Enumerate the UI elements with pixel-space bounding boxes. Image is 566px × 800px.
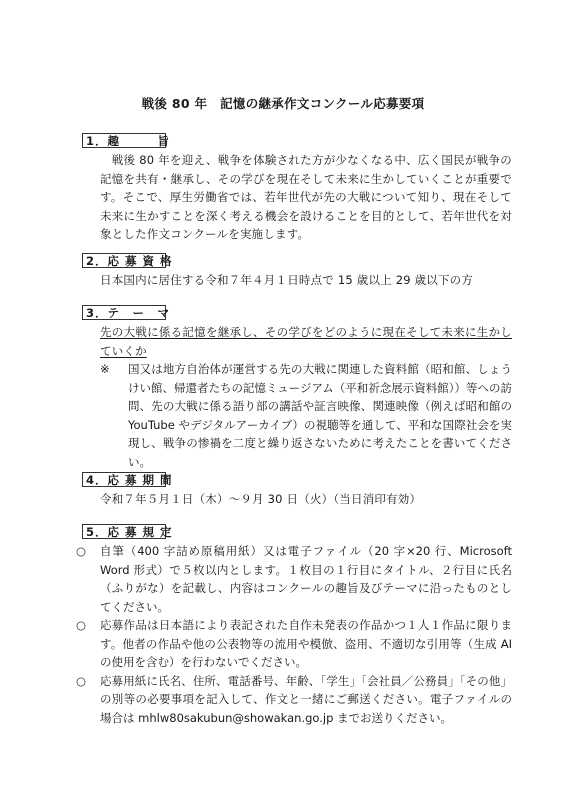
eligibility-body: 日本国内に居住する令和７年４月１日時点で 15 歳以上 29 歳以下の方 xyxy=(82,271,512,290)
theme-text: 先の大戦に係る記憶を継承し、その学びをどのように現在そして未来に生かしていくか xyxy=(82,323,512,360)
rules-item-text: 応募用紙に氏名、住所、電話番号、年齢、「学生」「会社員／公務員」「その他」の別等… xyxy=(100,672,512,728)
section-period: 4．応 募 期 間 令和７年５月１日（木）～９月 30 日（火）（当日消印有効） xyxy=(82,469,512,509)
purpose-body: 戦後 80 年を迎え、戦争を体験された方が少なくなる中、広く国民が戦争の記憶を共… xyxy=(82,151,512,244)
section-heading-purpose: 1．趣 旨 xyxy=(82,133,166,148)
section-eligibility: 2．応 募 資 格 日本国内に居住する令和７年４月１日時点で 15 歳以上 29… xyxy=(82,250,512,290)
note-text: 国又は地方自治体が運営する先の大戦に関連した資料館（昭和館、しょうけい館、帰還者… xyxy=(128,360,512,471)
rules-item: ○ 応募用紙に氏名、住所、電話番号、年齢、「学生」「会社員／公務員」「その他」の… xyxy=(72,672,512,728)
section-heading-theme: 3．テ ー マ xyxy=(82,305,166,320)
section-theme: 3．テ ー マ 先の大戦に係る記憶を継承し、その学びをどのように現在そして未来に… xyxy=(82,302,512,471)
circle-bullet-icon: ○ xyxy=(72,616,100,672)
document-page: 戦後 80 年 記憶の継承作文コンクール応募要項 1．趣 旨 戦後 80 年を迎… xyxy=(0,0,566,800)
section-heading-eligibility: 2．応 募 資 格 xyxy=(82,253,166,268)
rules-item-text: 応募作品は日本語により表記された自作未発表の作品かつ１人１作品に限ります。他者の… xyxy=(100,616,512,672)
theme-note: ※ 国又は地方自治体が運営する先の大戦に関連した資料館（昭和館、しょうけい館、帰… xyxy=(82,360,512,471)
section-rules: 5．応 募 規 定 ○ 自筆（400 字詰め原稿用紙）又は電子ファイル（20 字… xyxy=(82,521,512,727)
rules-item: ○ 応募作品は日本語により表記された自作未発表の作品かつ１人１作品に限ります。他… xyxy=(72,616,512,672)
section-heading-period: 4．応 募 期 間 xyxy=(82,472,166,487)
rules-item-text: 自筆（400 字詰め原稿用紙）又は電子ファイル（20 字×20 行、Micros… xyxy=(100,542,512,616)
section-heading-rules: 5．応 募 規 定 xyxy=(82,524,166,539)
note-mark: ※ xyxy=(100,360,128,471)
circle-bullet-icon: ○ xyxy=(72,672,100,728)
rules-list: ○ 自筆（400 字詰め原稿用紙）又は電子ファイル（20 字×20 行、Micr… xyxy=(72,542,512,727)
section-purpose: 1．趣 旨 戦後 80 年を迎え、戦争を体験された方が少なくなる中、広く国民が戦… xyxy=(82,130,512,244)
document-title: 戦後 80 年 記憶の継承作文コンクール応募要項 xyxy=(0,94,566,112)
rules-item: ○ 自筆（400 字詰め原稿用紙）又は電子ファイル（20 字×20 行、Micr… xyxy=(72,542,512,616)
period-body: 令和７年５月１日（木）～９月 30 日（火）（当日消印有効） xyxy=(82,490,512,509)
circle-bullet-icon: ○ xyxy=(72,542,100,616)
